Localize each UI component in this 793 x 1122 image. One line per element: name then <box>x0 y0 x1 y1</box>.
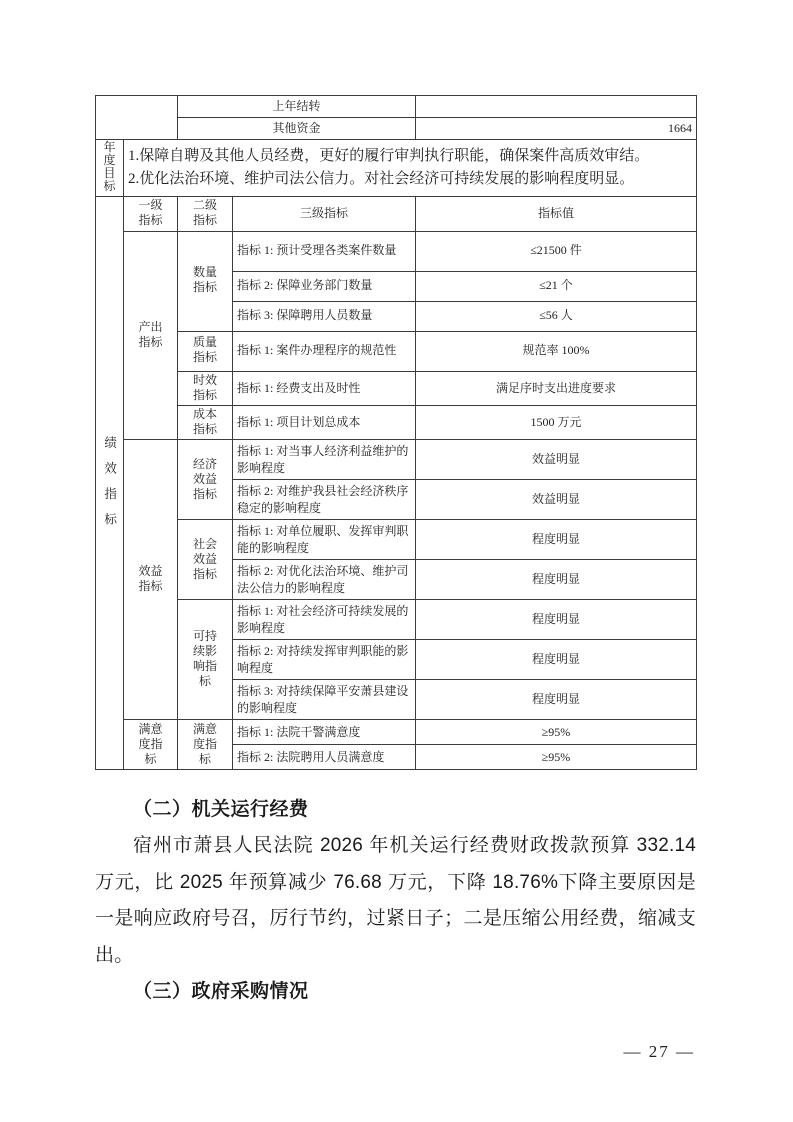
l3-cell: 指标 1: 法院干警满意度 <box>233 720 416 745</box>
section-2-title: （二）机关运行经费 <box>95 792 696 828</box>
funding-row: 其他资金 1664 <box>96 118 697 140</box>
performance-indicator-table: 上年结转 其他资金 1664 年度目标 1.保障自聘及其他人员经费，更好的履行审… <box>95 95 697 770</box>
funding-value-cell <box>416 96 697 118</box>
l3-cell: 指标 3: 保障聘用人员数量 <box>233 301 416 331</box>
annual-goal-row: 年度目标 1.保障自聘及其他人员经费，更好的履行审判执行职能，确保案件高质效审结… <box>96 140 697 197</box>
value-cell: 满足序时支出进度要求 <box>416 371 697 405</box>
header-value-cell: 指标值 <box>416 197 697 231</box>
l3-cell: 指标 2: 保障业务部门数量 <box>233 271 416 301</box>
l3-cell: 指标 2: 对优化法治环境、维护司法公信力的影响程度 <box>233 560 416 600</box>
value-cell: 程度明显 <box>416 600 697 640</box>
l1-satisfaction-cell: 满意度指标 <box>124 720 178 770</box>
indicator-row: 社会效益指标 指标 1: 对单位履职、发挥审判职能的影响程度 程度明显 <box>96 520 697 560</box>
value-cell: ≤21500 件 <box>416 231 697 271</box>
l2-quality-label: 质量指标 <box>192 335 218 365</box>
indicator-row: 时效指标 指标 1: 经费支出及时性 满足序时支出进度要求 <box>96 371 697 405</box>
l2-satisfaction-cell: 满意度指标 <box>178 720 233 770</box>
section-3-title: （三）政府采购情况 <box>95 974 696 1010</box>
l3-cell: 指标 3: 对持续保障平安萧县建设的影响程度 <box>233 680 416 720</box>
l2-timeliness-cell: 时效指标 <box>178 371 233 405</box>
annual-goal-line-2: 2.优化法治环境、维护司法公信力。对社会经济可持续发展的影响程度明显。 <box>128 168 692 191</box>
funding-value-cell: 1664 <box>416 118 697 140</box>
l2-cost-cell: 成本指标 <box>178 406 233 440</box>
l2-satisfaction-label: 满意度指标 <box>192 722 218 767</box>
l2-quality-cell: 质量指标 <box>178 331 233 371</box>
annual-goal-label-cell: 年度目标 <box>96 140 124 197</box>
l3-cell: 指标 1: 案件办理程序的规范性 <box>233 331 416 371</box>
l1-satisfaction-label: 满意度指标 <box>138 722 164 767</box>
l3-cell: 指标 1: 对社会经济可持续发展的影响程度 <box>233 600 416 640</box>
value-cell: 程度明显 <box>416 560 697 600</box>
indicator-row: 可持续影响指标 指标 1: 对社会经济可持续发展的影响程度 程度明显 <box>96 600 697 640</box>
value-cell: 效益明显 <box>416 480 697 520</box>
indicator-row: 成本指标 指标 1: 项目计划总成本 1500 万元 <box>96 406 697 440</box>
annual-goal-content-cell: 1.保障自聘及其他人员经费，更好的履行审判执行职能，确保案件高质效审结。 2.优… <box>124 140 697 197</box>
l3-cell: 指标 2: 法院聘用人员满意度 <box>233 745 416 770</box>
funding-stub-cell <box>96 96 178 140</box>
value-cell: ≤21 个 <box>416 271 697 301</box>
l3-cell: 指标 1: 预计受理各类案件数量 <box>233 231 416 271</box>
value-cell: 规范率 100% <box>416 331 697 371</box>
header-l2-cell: 二级指标 <box>178 197 233 231</box>
l3-cell: 指标 1: 对单位履职、发挥审判职能的影响程度 <box>233 520 416 560</box>
value-cell: 程度明显 <box>416 680 697 720</box>
indicator-row: 产出指标 数量指标 指标 1: 预计受理各类案件数量 ≤21500 件 <box>96 231 697 271</box>
indicator-row: 效益指标 经济效益指标 指标 1: 对当事人经济利益维护的影响程度 效益明显 <box>96 440 697 480</box>
l2-economic-label: 经济效益指标 <box>192 457 218 502</box>
value-cell: 程度明显 <box>416 640 697 680</box>
page-number: — 27 — <box>624 1042 696 1062</box>
header-l1: 一级指标 <box>138 198 164 228</box>
l2-timeliness-label: 时效指标 <box>192 373 218 403</box>
section-2-paragraph: 宿州市萧县人民法院 2026 年机关运行经费财政拨款预算 332.14 万元，比… <box>95 828 696 974</box>
annual-goal-line-1: 1.保障自聘及其他人员经费，更好的履行审判执行职能，确保案件高质效审结。 <box>128 145 692 168</box>
value-cell: 效益明显 <box>416 440 697 480</box>
annual-goal-label: 年度目标 <box>103 141 116 193</box>
l3-cell: 指标 1: 项目计划总成本 <box>233 406 416 440</box>
l2-sustain-cell: 可持续影响指标 <box>178 600 233 720</box>
l1-output-cell: 产出指标 <box>124 231 178 440</box>
value-cell: ≥95% <box>416 720 697 745</box>
l3-cell: 指标 1: 对当事人经济利益维护的影响程度 <box>233 440 416 480</box>
header-l2: 二级指标 <box>192 198 218 228</box>
value-cell: 1500 万元 <box>416 406 697 440</box>
funding-label-cell: 上年结转 <box>178 96 416 118</box>
l1-output-label: 产出指标 <box>138 320 164 350</box>
perf-side-label-cell: 绩效指标 <box>96 197 124 770</box>
funding-row: 上年结转 <box>96 96 697 118</box>
header-l1-cell: 一级指标 <box>124 197 178 231</box>
indicator-row: 质量指标 指标 1: 案件办理程序的规范性 规范率 100% <box>96 331 697 371</box>
l3-cell: 指标 2: 对维护我县社会经济秩序稳定的影响程度 <box>233 480 416 520</box>
indicator-row: 满意度指标 满意度指标 指标 1: 法院干警满意度 ≥95% <box>96 720 697 745</box>
l2-quantity-label: 数量指标 <box>192 265 218 295</box>
l2-economic-cell: 经济效益指标 <box>178 440 233 520</box>
l2-cost-label: 成本指标 <box>192 407 218 437</box>
l2-sustain-label: 可持续影响指标 <box>192 629 218 689</box>
l1-benefit-cell: 效益指标 <box>124 440 178 720</box>
l2-quantity-cell: 数量指标 <box>178 231 233 331</box>
l1-benefit-label: 效益指标 <box>138 564 164 594</box>
funding-label-cell: 其他资金 <box>178 118 416 140</box>
l2-social-label: 社会效益指标 <box>192 537 218 582</box>
perf-side-label: 绩效指标 <box>100 423 118 538</box>
value-cell: ≤56 人 <box>416 301 697 331</box>
value-cell: 程度明显 <box>416 520 697 560</box>
l3-cell: 指标 2: 对持续发挥审判职能的影响程度 <box>233 640 416 680</box>
value-cell: ≥95% <box>416 745 697 770</box>
l2-social-cell: 社会效益指标 <box>178 520 233 600</box>
indicator-header-row: 绩效指标 一级指标 二级指标 三级指标 指标值 <box>96 197 697 231</box>
l3-cell: 指标 1: 经费支出及时性 <box>233 371 416 405</box>
document-page: 上年结转 其他资金 1664 年度目标 1.保障自聘及其他人员经费，更好的履行审… <box>0 0 793 1122</box>
header-l3-cell: 三级指标 <box>233 197 416 231</box>
